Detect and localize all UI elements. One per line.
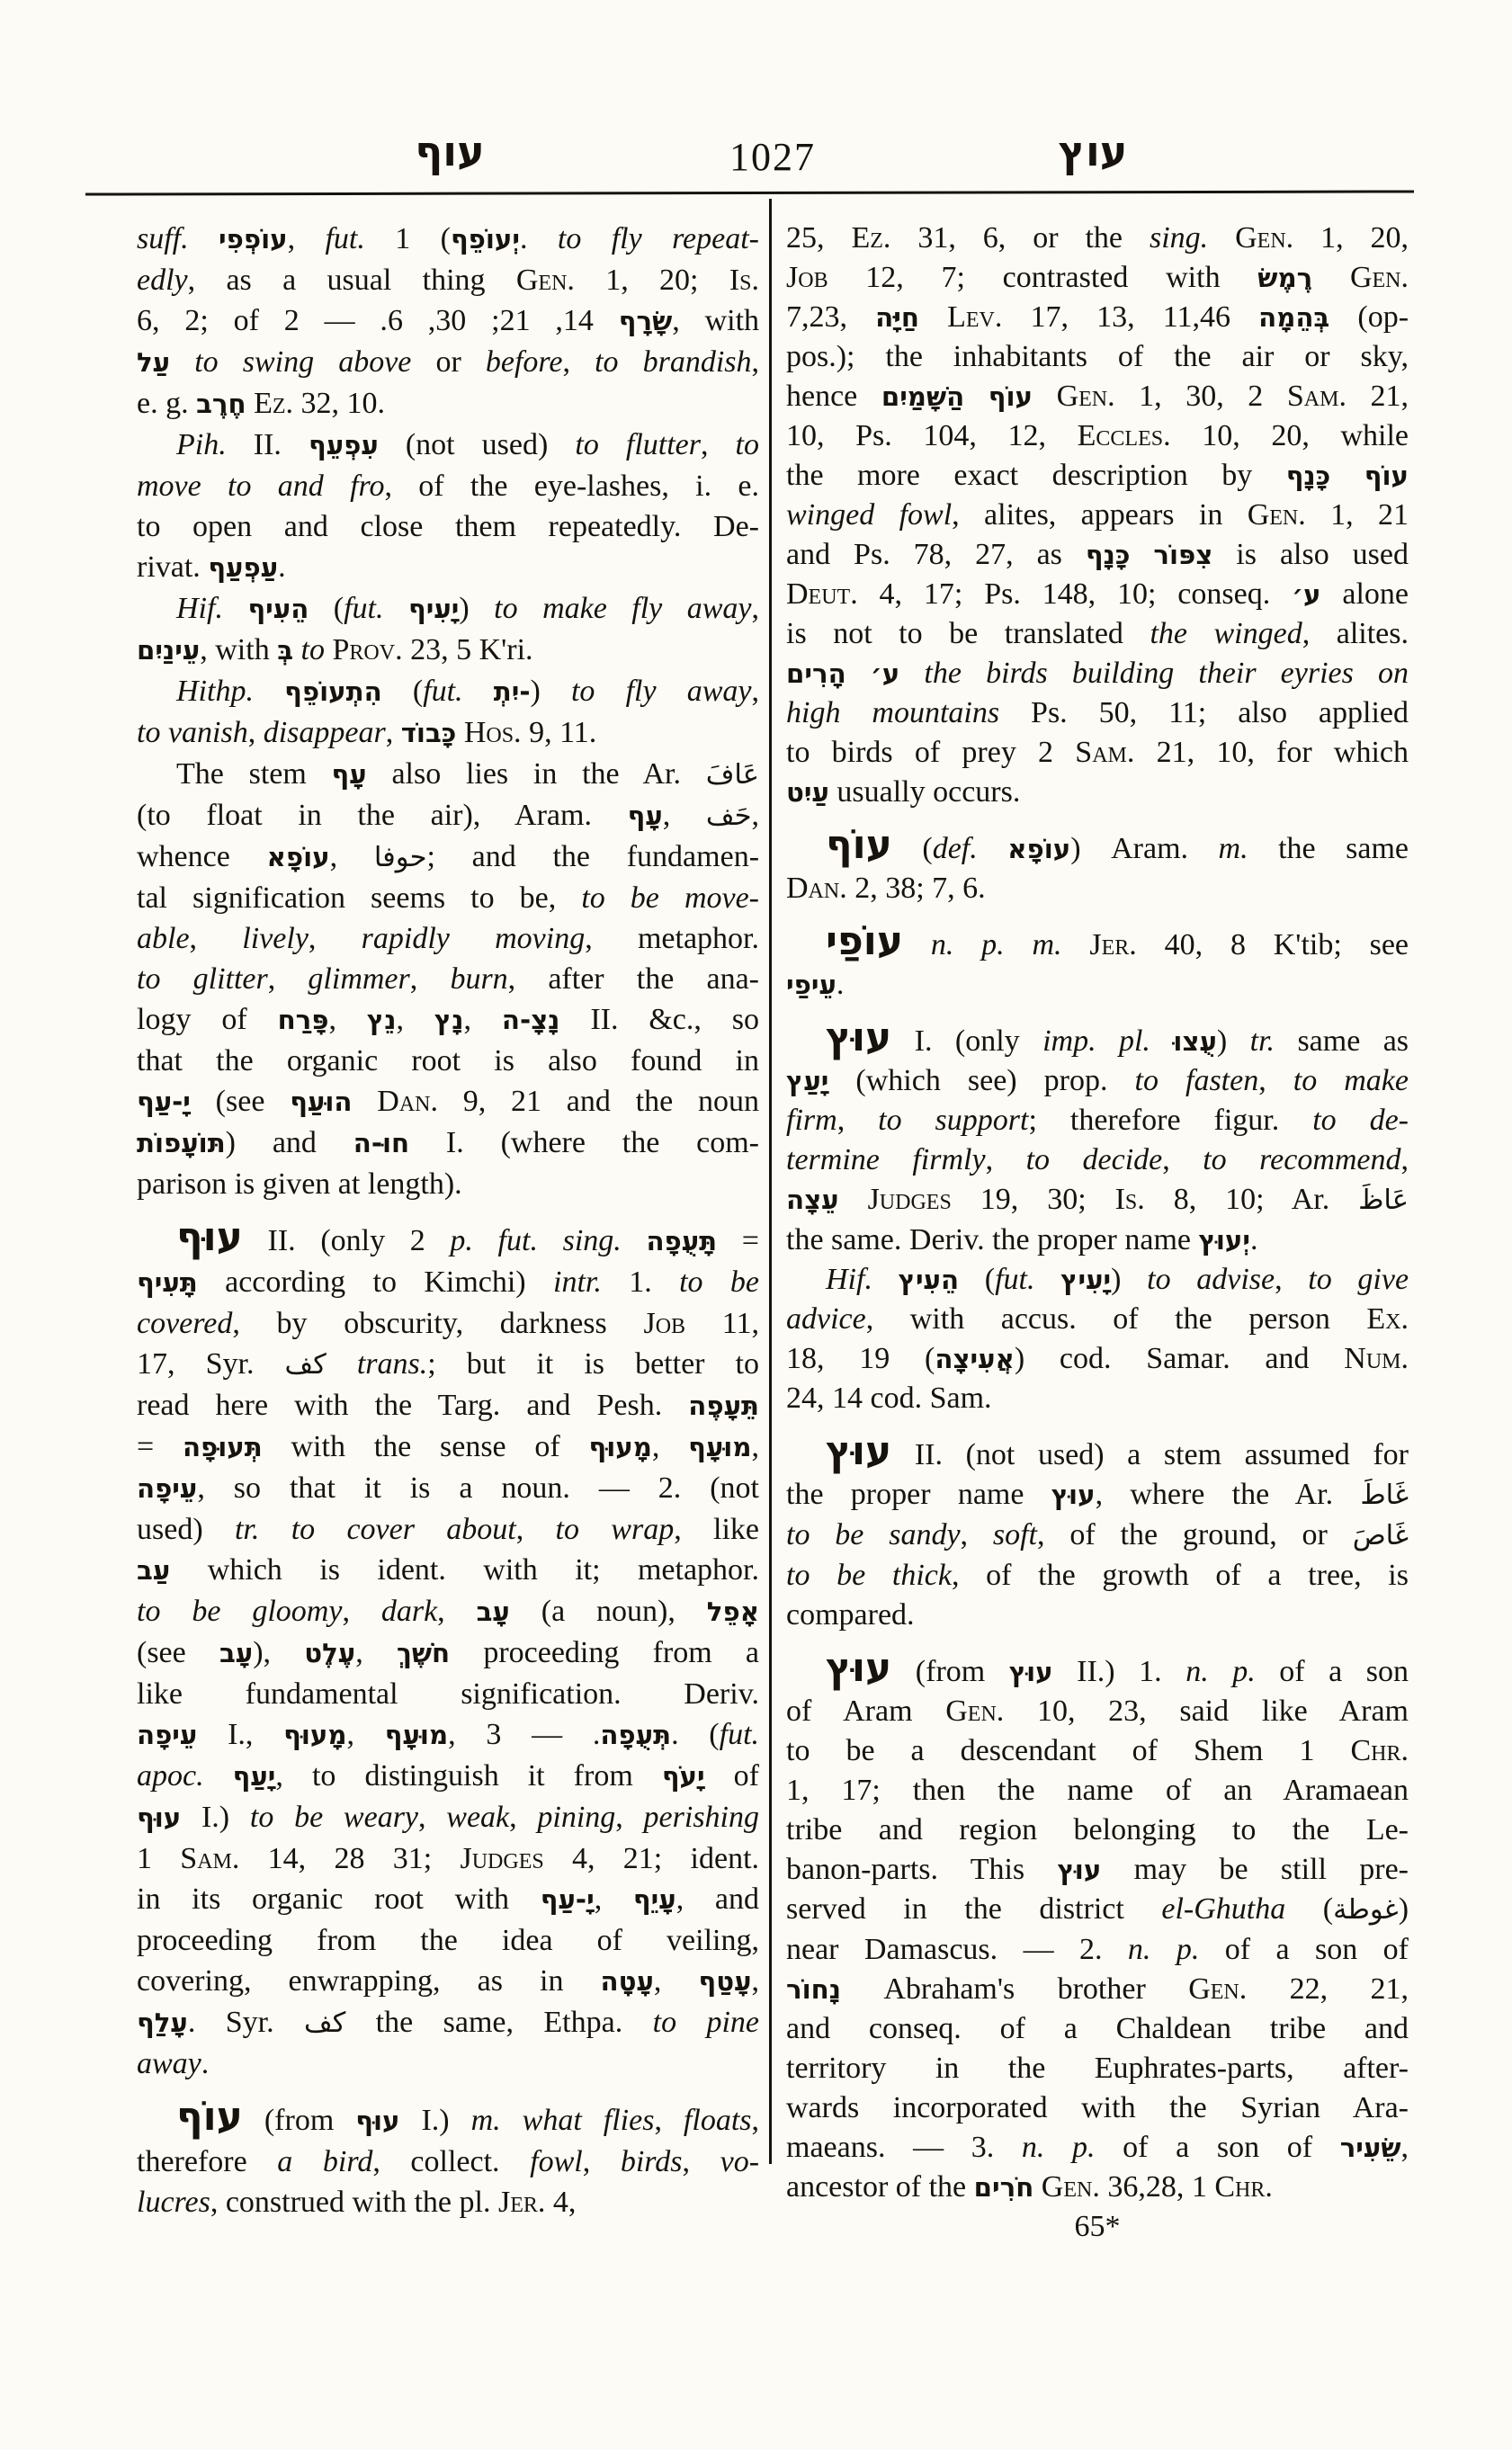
running-head-right-keyword: עוץ	[1021, 124, 1165, 178]
text-line: עוּץ (from עוּץ II.) 1. n. p. of a son	[786, 1647, 1409, 1692]
text-line: the more exact description by עוֹף כָּנָ…	[786, 456, 1409, 496]
text-line: near Damascus. — 2. n. p. of a son of	[786, 1930, 1409, 1970]
text-line: proceeding from the idea of veiling,	[137, 1920, 759, 1961]
text-line: high mountains Ps. 50, 11; also applied	[786, 693, 1409, 733]
text-line: Deut. 4, 17; Ps. 148, 10; conseq. ע׳ alo…	[786, 575, 1409, 614]
text-line: (see עָב), עֶלֶט,‎ חֹשֶׁךְ proceeding fr…	[137, 1632, 759, 1674]
text-line: to be thick, of the growth of a tree, is	[786, 1556, 1409, 1596]
text-line: עוֹף (from עוּף I.) m. what flies, float…	[137, 2096, 759, 2142]
text-line: עֵינַיִם, with בְּ to Prov. 23, 5 K'ri.	[137, 630, 759, 671]
text-line: עוֹף (def. עוֹפָא) Aram. m. the same	[786, 824, 1409, 869]
text-line: יָ-עַף (see הוּעַף Dan. 9, 21 and the no…	[137, 1081, 759, 1122]
text-line: logy of פָּרַח,‎ נֵץ,‎ נָץ,‎ נָצָ-ה II. …	[137, 999, 759, 1041]
text-line: winged fowl, alites, appears in Gen. 1, …	[786, 496, 1409, 535]
text-line: in its organic root with יָ-עַף,‎ עָיֵף,…	[137, 1879, 759, 1920]
text-line: 1, 17; then the name of an Aramaean	[786, 1771, 1409, 1811]
text-line: to glitter, glimmer, burn, after the ana…	[137, 959, 759, 999]
text-line: 1 Sam. 14, 28 31; Judges 4, 21; ident.	[137, 1838, 759, 1879]
text-line: the proper name עוּץ, where the Ar. غَاط…	[786, 1475, 1409, 1516]
text-line: Hif. הֵעִיף (fut. יָעִיף) to make fly aw…	[137, 588, 759, 630]
text-line: נָחוֹר Abraham's brother Gen. 22, 21,	[786, 1970, 1409, 2009]
running-head-left-keyword: עוף	[378, 124, 522, 178]
right-text-column: 25, Ez. 31, 6, or the sing. Gen. 1, 20,J…	[786, 219, 1409, 2247]
text-line: יָעַץ (which see) prop. to fasten, to ma…	[786, 1061, 1409, 1101]
text-line: rivat. עַפְעַף.	[137, 547, 759, 588]
text-line: Pih. II. עִפְעֵף (not used) to flutter, …	[137, 425, 759, 466]
text-line: Job 12, 7; contrasted with רֶמֶשׂ Gen.	[786, 258, 1409, 298]
header-rule	[85, 190, 1414, 195]
text-line: whence עוֹפָא,‎ حوفا; and the fundamen-	[137, 836, 759, 878]
text-line: עוּץ II. (not used) a stem assumed for	[786, 1430, 1409, 1475]
text-line: tribe and region belonging to the Le-	[786, 1811, 1409, 1850]
text-line: pos.); the inhabitants of the air or sky…	[786, 337, 1409, 377]
text-line: used) tr. to cover about, to wrap, like	[137, 1509, 759, 1550]
text-line: firm, to support; therefore figur. to de…	[786, 1101, 1409, 1140]
text-line: עוּץ I. (only imp. pl. עֻצוּ) tr. same a…	[786, 1016, 1409, 1061]
text-line: therefore a bird, collect. fowl, birds, …	[137, 2142, 759, 2182]
text-line: עוּף I.) to be weary, weak, pining, peri…	[137, 1797, 759, 1838]
text-line: move to and fro, of the eye-lashes, i. e…	[137, 466, 759, 506]
text-line: עַב which is ident. with it; metaphor.	[137, 1550, 759, 1591]
text-line: tal signification seems to be, to be mov…	[137, 878, 759, 918]
text-line: 7,23, חַיָּה Lev. 17, 13, בְּהֵמָה 11,46…	[786, 298, 1409, 337]
text-line: able, lively, rapidly moving, metaphor.	[137, 918, 759, 959]
text-line: עוֹפַי n. p. m. Jer. 40, 8 K'tib; see	[786, 920, 1409, 965]
page-number: 1027	[701, 133, 845, 182]
text-line: 25, Ez. 31, 6, or the sing. Gen. 1, 20,	[786, 219, 1409, 258]
text-line: covered, by obscurity, darkness Job 11,	[137, 1303, 759, 1344]
text-line: Hithp. הִתְעוֹפֵף (fut. יִתְ-) to fly aw…	[137, 671, 759, 712]
text-line: עַיִט usually occurs.	[786, 773, 1409, 812]
text-line: wards incorporated with the Syrian Ara-	[786, 2088, 1409, 2128]
text-line: עֵיפַי.	[786, 965, 1409, 1005]
text-line: of Aram Gen. 10, 23, said like Aram	[786, 1692, 1409, 1731]
text-line: תָּעִיף according to Kimchi) intr. 1. to…	[137, 1262, 759, 1303]
text-line: 24, 14 cod. Sam.	[786, 1379, 1409, 1418]
text-line: and conseq. of a Chaldean tribe and	[786, 2009, 1409, 2049]
text-line: served in the district el-Ghutha (غوطة)	[786, 1890, 1409, 1930]
text-line: ancestor of the חֹרִים Gen. 36,28, 1 Chr…	[786, 2168, 1409, 2207]
text-line: = תְּעוּפָה with the sense of מָעוּף,‎ מ…	[137, 1426, 759, 1468]
text-line: suff. עוֹפְפִי, fut. יְעוֹפֵף) 1. to fly…	[137, 219, 759, 260]
text-line: is not to be translated the winged, alit…	[786, 614, 1409, 654]
left-text-column: suff. עוֹפְפִי, fut. יְעוֹפֵף) 1. to fly…	[137, 219, 759, 2222]
text-line: to open and close them repeatedly. De-	[137, 506, 759, 547]
column-divider-rule	[769, 199, 772, 2164]
text-line: עֵיפָה I., מָעוּף,‎ מוּעָף,‎ תְּעֻפָה. —…	[137, 1714, 759, 1756]
text-line: to be gloomy, dark, עָב (a noun), אָפֵל	[137, 1591, 759, 1632]
text-line: to birds of prey 2 Sam. 21, 10, for whic…	[786, 733, 1409, 773]
text-line: e. g. חֶרֶב Ez. 32, 10.	[137, 383, 759, 425]
text-line: maeans. — 3. n. p. of a son of שֵׂעִיר,	[786, 2128, 1409, 2168]
text-line: territory in the Euphrates-parts, after-	[786, 2049, 1409, 2088]
text-line: to be a descendant of Shem 1 Chr.	[786, 1731, 1409, 1771]
text-line: עֵצָה Judges 19, 30; Is. 8, 10; Ar. عَاظ…	[786, 1180, 1409, 1221]
text-line: עֵיפָה, so that it is a noun. — 2. (not	[137, 1468, 759, 1509]
text-line: The stem עָף also lies in the Ar. عَافَ	[137, 754, 759, 795]
text-line: and Ps. 78, 27, as צִפּוֹר כָּנָף is als…	[786, 535, 1409, 575]
text-line: עָלַף. Syr. كف the same, Ethpa. to pine	[137, 2002, 759, 2043]
text-line: to vanish, disappear, כָּבוֹד Hos. 9, 11…	[137, 712, 759, 754]
text-line: 18, 19 (אֲעִיצָה) cod. Samar. and Num.	[786, 1339, 1409, 1379]
text-line: 6, 2; of שָׂרָף 14, 21; 30, 6. — 2, with	[137, 300, 759, 342]
text-line: to be sandy, soft, of the ground, or غَا…	[786, 1516, 1409, 1556]
text-line: banon-parts. This עוּץ may be still pre-	[786, 1850, 1409, 1890]
text-line: termine firmly, to decide, to recommend,	[786, 1140, 1409, 1180]
text-line: read here with the Targ. and Pesh. תֵּעָ…	[137, 1385, 759, 1426]
text-line: edly, as a usual thing Gen. 1, 20; Is.	[137, 260, 759, 300]
text-line: that the organic root is also found in	[137, 1041, 759, 1081]
text-line: away.	[137, 2043, 759, 2084]
text-line: lucres, construed with the pl. Jer. 4,	[137, 2182, 759, 2222]
dictionary-page: עוף 1027 עוץ suff. עוֹפְפִי, fut. יְעוֹפ…	[0, 0, 1512, 2450]
text-line: Hif. הֵעִיץ (fut. יָעִיץ) to advise, to …	[786, 1260, 1409, 1300]
text-line: like fundamental signification. Deriv.	[137, 1674, 759, 1714]
text-line: (to float in the air), Aram. עָף,‎ حَف,	[137, 795, 759, 836]
text-line: compared.	[786, 1596, 1409, 1635]
text-line: 10, Ps. 104, 12, Eccles. 10, 20, while	[786, 416, 1409, 456]
text-line: advice, with accus. of the person Ex.	[786, 1300, 1409, 1339]
text-line: the same. Deriv. the proper name יְעוּץ.	[786, 1221, 1409, 1260]
text-line: hence עוֹף הַשָּׁמַיִם Gen. 1, 30, 2 Sam…	[786, 377, 1409, 416]
text-line: Dan. 2, 38; 7, 6.	[786, 869, 1409, 908]
text-line: 17, Syr. كف trans.; but it is better to	[137, 1344, 759, 1385]
text-line: parison is given at length).	[137, 1164, 759, 1204]
text-line: apoc. יָעַף, to distinguish it from יָעֹ…	[137, 1756, 759, 1797]
text-line: covering, enwrapping, as in עָטָה,‎ עָטַ…	[137, 1961, 759, 2002]
printer-signature: 65*	[786, 2207, 1409, 2247]
text-line: עוּף II. (only 2 p. fut. sing. תָּעֻפָה …	[137, 1216, 759, 1262]
text-line: תּוֹעָפוֹת) and חוּ-ה I. (where the com-	[137, 1122, 759, 1164]
text-line: עַל to swing above or before, to brandis…	[137, 342, 759, 383]
text-line: ע׳ הָרִים the birds building their eyrie…	[786, 654, 1409, 693]
